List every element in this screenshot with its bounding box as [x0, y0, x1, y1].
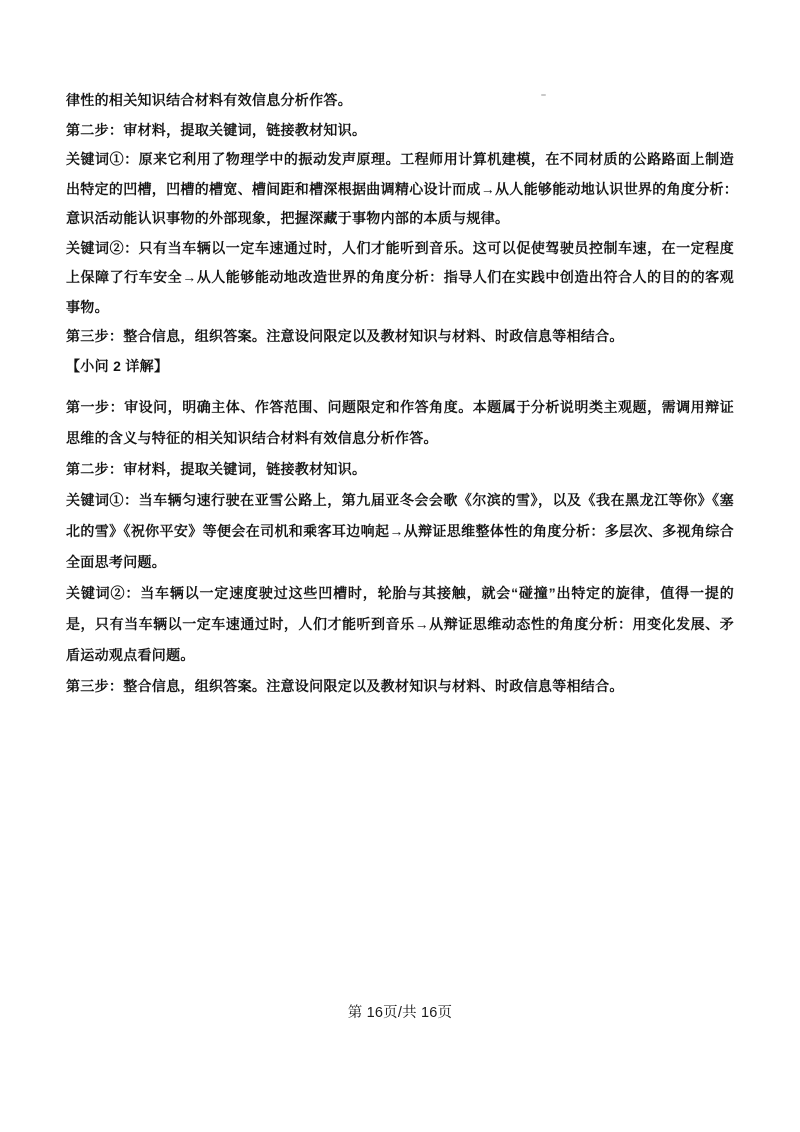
answer-analysis-section-2: 第一步：审设问，明确主体、作答范围、问题限定和作答角度。本题属于分析说明类主观题… [66, 392, 734, 702]
section-heading: 【小问 2 详解】 [66, 352, 734, 382]
doc-line: 事物。 [66, 293, 734, 323]
doc-line: 北的雪》《祝你平安》等便会在司机和乘客耳边响起→从辩证思维整体性的角度分析：多层… [66, 516, 734, 547]
doc-line: 第三步：整合信息，组织答案。注意设问限定以及教材知识与材料、时政信息等相结合。 [66, 322, 734, 352]
answer-analysis-section-1: 律性的相关知识结合材料有效信息分析作答。 第二步：审材料，提取关键词，链接教材知… [66, 86, 734, 381]
doc-line: 第二步：审材料，提取关键词，链接教材知识。 [66, 454, 734, 485]
doc-line: 出特定的凹槽，凹槽的槽宽、槽间距和槽深根据曲调精心设计而成→从人能够能动地认识世… [66, 175, 734, 205]
doc-line: 意识活动能认识事物的外部现象，把握深藏于事物内部的本质与规律。 [66, 204, 734, 234]
page-number-label: 第 16页/共 16页 [348, 1005, 453, 1021]
doc-line: 第一步：审设问，明确主体、作答范围、问题限定和作答角度。本题属于分析说明类主观题… [66, 392, 734, 423]
doc-line: 全面思考问题。 [66, 547, 734, 578]
page-footer: 第 16页/共 16页 [0, 1001, 800, 1022]
doc-line: 是，只有当车辆以一定车速通过时，人们才能听到音乐→从辩证思维动态性的角度分析：用… [66, 609, 734, 640]
doc-line: 关键词①：当车辆匀速行驶在亚雪公路上，第九届亚冬会会歌《尔滨的雪》，以及《我在黑… [66, 485, 734, 516]
doc-line: 第三步：整合信息，组织答案。注意设问限定以及教材知识与材料、时政信息等相结合。 [66, 671, 734, 702]
doc-line: 关键词②：当车辆以一定速度驶过这些凹槽时，轮胎与其接触，就会“碰撞”出特定的旋律… [66, 578, 734, 609]
doc-line: 第二步：审材料，提取关键词，链接教材知识。 [66, 116, 734, 146]
doc-line: 盾运动观点看问题。 [66, 640, 734, 671]
doc-line: 律性的相关知识结合材料有效信息分析作答。 [66, 86, 734, 116]
doc-line: 关键词②：只有当车辆以一定车速通过时，人们才能听到音乐。这可以促使驾驶员控制车速… [66, 234, 734, 264]
document-page: 律性的相关知识结合材料有效信息分析作答。 第二步：审材料，提取关键词，链接教材知… [0, 0, 800, 1132]
doc-line: 上保障了行车安全→从人能够能动地改造世界的角度分析：指导人们在实践中创造出符合人… [66, 263, 734, 293]
doc-line: 思维的含义与特征的相关知识结合材料有效信息分析作答。 [66, 423, 734, 454]
doc-line: 关键词①：原来它利用了物理学中的振动发声原理。工程师用计算机建模，在不同材质的公… [66, 145, 734, 175]
